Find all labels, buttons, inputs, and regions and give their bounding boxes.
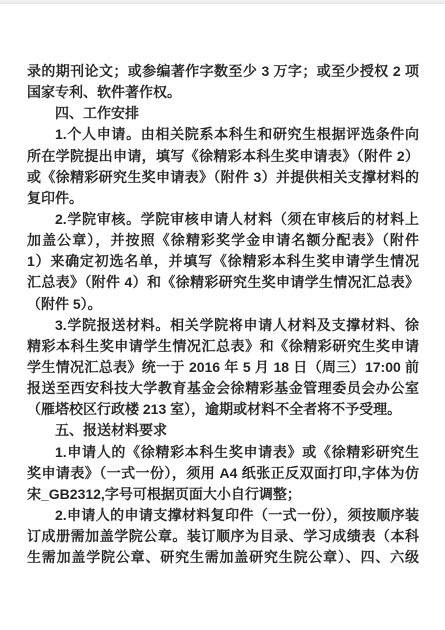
document-page: 录的期刊论文；或参编著作字数至少 3 万字；或至少授权 2 项 国家专利、软件著… [0, 0, 445, 630]
text-line: 宋_GB2312,字号可根据页面大小自行调整； [27, 484, 419, 505]
text-line: 或《徐精彩研究生奖申请表》（附件 3）并提供相关支撑材料的 [27, 167, 419, 188]
text-line: 汇总表》（附件 4）和《徐精彩研究生奖申请学生情况汇总表》 [27, 272, 419, 293]
text-line: 所在学院提出申请，填写《徐精彩本科生奖申请表》（附件 2） [27, 146, 419, 167]
text-line: 3.学院报送材料。相关学院将申请人材料及支撑材料、徐 [27, 315, 419, 336]
text-line: 加盖公章），并按照《徐精彩奖学金申请名额分配表》（附件 [27, 230, 419, 251]
text-line: 国家专利、软件著作权。 [27, 82, 419, 103]
text-line: 生需加盖学院公章、研究生需加盖研究生院公章）、四、六级 [27, 547, 419, 568]
text-line: 1.申请人的《徐精彩本科生奖申请表》或《徐精彩研究生 [27, 442, 419, 463]
text-line: （雁塔校区行政楼 213 室），逾期或材料不全者将不予受理。 [27, 399, 419, 420]
text-line: 订成册需加盖学院公章。装订顺序为目录、学习成绩表（本科 [27, 526, 419, 547]
text-line: 奖申请表》（一式一份），须用 A4 纸张正反双面打印,字体为仿 [27, 463, 419, 484]
text-line: 复印件。 [27, 188, 419, 209]
section-heading: 四、工作安排 [27, 103, 419, 124]
text-line: 2.申请人的申请支撑材料复印件（一式一份），须按顺序装 [27, 505, 419, 526]
text-line: 报送至西安科技大学教育基金会徐精彩基金管理委员会办公室 [27, 378, 419, 399]
text-line: 精彩本科生奖申请学生情况汇总表》和《徐精彩研究生奖申请 [27, 336, 419, 357]
page-top-edge [0, 0, 445, 4]
text-line: 2.学院审核。学院审核申请人材料（须在审核后的材料上 [27, 209, 419, 230]
text-line: 1）来确定初选名单，并填写《徐精彩本科生奖申请学生情况 [27, 251, 419, 272]
text-line: 学生情况汇总表》统一于 2016 年 5 月 18 日（周三）17:00 前 [27, 357, 419, 378]
text-line: 录的期刊论文；或参编著作字数至少 3 万字；或至少授权 2 项 [27, 61, 419, 82]
document-body: 录的期刊论文；或参编著作字数至少 3 万字；或至少授权 2 项 国家专利、软件著… [27, 61, 419, 568]
text-line: （附件 5）。 [27, 294, 419, 315]
text-line: 1.个人申请。由相关院系本科生和研究生根据评选条件向 [27, 124, 419, 145]
section-heading: 五、报送材料要求 [27, 420, 419, 441]
